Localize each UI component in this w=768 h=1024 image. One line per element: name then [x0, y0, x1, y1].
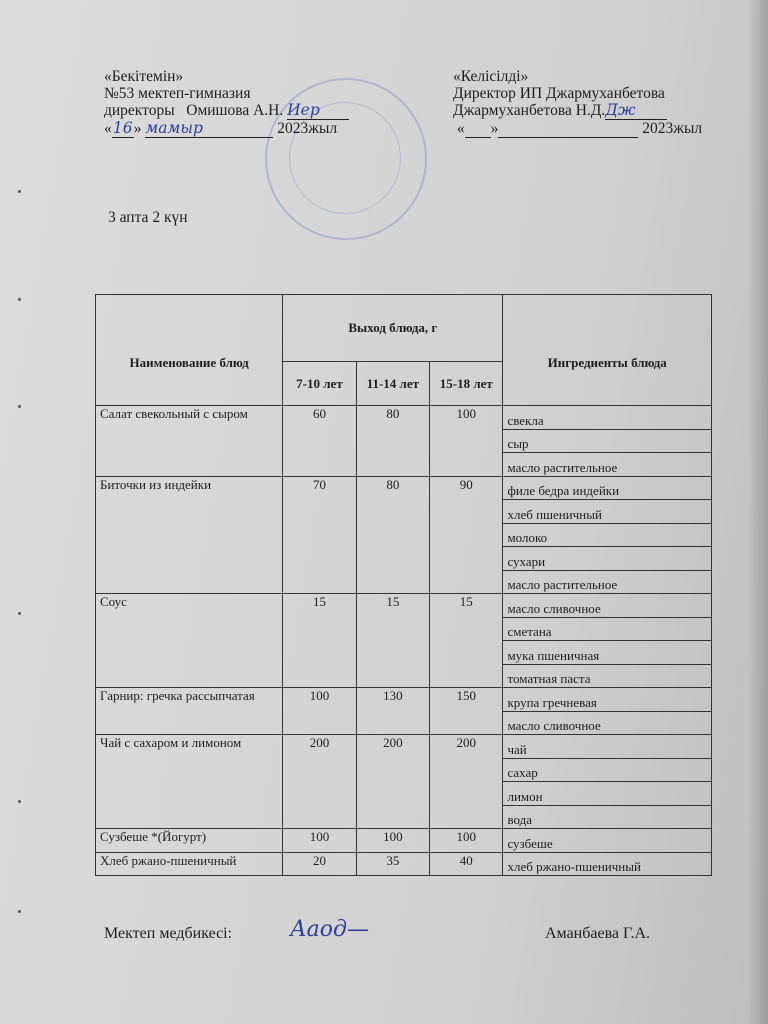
yield-value: 60: [283, 406, 356, 477]
approval-block-right: «Келісілді» Директор ИП Джармуханбетова …: [453, 68, 702, 138]
dish-name: Хлеб ржано-пшеничный: [96, 852, 283, 876]
yield-value: 150: [430, 688, 503, 735]
yield-value: 15: [356, 594, 429, 688]
yield-value: 100: [283, 829, 356, 853]
ingredient: сахар: [503, 758, 712, 782]
date-month: мамыр: [145, 120, 273, 138]
date-year: 2023жыл: [277, 120, 337, 137]
margin-dot: [18, 405, 21, 408]
table-row: Гарнир: гречка рассыпчатая100130150крупа…: [96, 688, 712, 712]
ingredient: масло растительное: [503, 453, 712, 477]
date-day: 16: [112, 120, 134, 138]
table-row: Чай с сахаром и лимоном200200200чай: [96, 735, 712, 759]
dish-name: Сузбеше *(Йогурт): [96, 829, 283, 853]
table-row: Биточки из индейки708090филе бедра индей…: [96, 476, 712, 500]
header-age-7-10: 7-10 лет: [283, 362, 356, 406]
ingredient: сухари: [503, 547, 712, 571]
ingredient: филе бедра индейки: [503, 476, 712, 500]
yield-value: 200: [430, 735, 503, 829]
yield-value: 100: [430, 406, 503, 477]
school-name: №53 мектеп-гимназия: [104, 85, 349, 102]
ingredient: масло растительное: [503, 570, 712, 594]
dish-name: Биточки из индейки: [96, 476, 283, 594]
ingredient: крупа гречневая: [503, 688, 712, 712]
ip-position: Директор ИП Джармуханбетова: [453, 85, 702, 102]
yield-value: 15: [283, 594, 356, 688]
yield-value: 35: [356, 852, 429, 876]
page-edge-shadow: [748, 0, 768, 1024]
ingredient: масло сливочное: [503, 711, 712, 735]
dish-name: Соус: [96, 594, 283, 688]
ingredient: хлеб ржано-пшеничный: [503, 852, 712, 876]
ingredient: мука пшеничная: [503, 641, 712, 665]
ingredient: вода: [503, 805, 712, 829]
table-row: Сузбеше *(Йогурт)100100100сузбеше: [96, 829, 712, 853]
ingredient: хлеб пшеничный: [503, 500, 712, 524]
director-signature: Иер: [287, 102, 349, 120]
header-age-11-14: 11-14 лет: [356, 362, 429, 406]
ip-name: Джармуханбетова Н.Д.: [453, 102, 605, 119]
yield-value: 130: [356, 688, 429, 735]
menu-table: Наименование блюд Выход блюда, г Ингреди…: [95, 294, 712, 876]
margin-dot: [18, 612, 21, 615]
yield-value: 100: [283, 688, 356, 735]
margin-dot: [18, 800, 21, 803]
approval-block-left: «Бекітемін» №53 мектеп-гимназия директор…: [104, 68, 349, 138]
date-quote-open: «: [104, 120, 112, 137]
table-row: Хлеб ржано-пшеничный203540хлеб ржано-пше…: [96, 852, 712, 876]
margin-dot: [18, 298, 21, 301]
director-position: директоры: [104, 102, 175, 119]
date-quote-open: «: [457, 120, 465, 137]
ingredient: чай: [503, 735, 712, 759]
nurse-label: Мектеп медбикесі:: [104, 925, 232, 943]
date-quote-close: »: [491, 120, 499, 137]
yield-value: 100: [356, 829, 429, 853]
yield-value: 100: [430, 829, 503, 853]
ingredient: сыр: [503, 429, 712, 453]
yield-value: 70: [283, 476, 356, 594]
margin-dot: [18, 190, 21, 193]
yield-value: 200: [283, 735, 356, 829]
ingredient: томатная паста: [503, 664, 712, 688]
yield-value: 80: [356, 406, 429, 477]
agreement-title: «Келісілді»: [453, 68, 702, 85]
table-row: Салат свекольный с сыром6080100свекла: [96, 406, 712, 430]
ingredient: свекла: [503, 406, 712, 430]
yield-value: 15: [430, 594, 503, 688]
ingredient: молоко: [503, 523, 712, 547]
nurse-name: Аманбаева Г.А.: [545, 925, 650, 943]
nurse-signature: Ааод—: [290, 917, 369, 942]
week-day-label: 3 апта 2 күн: [108, 209, 188, 227]
yield-value: 20: [283, 852, 356, 876]
header-dish: Наименование блюд: [96, 295, 283, 406]
header-age-15-18: 15-18 лет: [430, 362, 503, 406]
margin-dot: [18, 910, 21, 913]
date-quote-close: »: [134, 120, 142, 137]
header-yield: Выход блюда, г: [283, 295, 503, 362]
ingredient: лимон: [503, 782, 712, 806]
director-name: Омишова А.Н.: [186, 102, 283, 119]
dish-name: Гарнир: гречка рассыпчатая: [96, 688, 283, 735]
ingredient: сузбеше: [503, 829, 712, 853]
ip-signature: Дж: [605, 102, 667, 120]
dish-name: Чай с сахаром и лимоном: [96, 735, 283, 829]
ingredient: масло сливочное: [503, 594, 712, 618]
yield-value: 40: [430, 852, 503, 876]
yield-value: 80: [356, 476, 429, 594]
table-row: Соус151515масло сливочное: [96, 594, 712, 618]
approval-title: «Бекітемін»: [104, 68, 349, 85]
ingredient: сметана: [503, 617, 712, 641]
yield-value: 90: [430, 476, 503, 594]
yield-value: 200: [356, 735, 429, 829]
header-ingredients: Ингредиенты блюда: [503, 295, 712, 406]
date-year: 2023жыл: [642, 120, 702, 137]
dish-name: Салат свекольный с сыром: [96, 406, 283, 477]
